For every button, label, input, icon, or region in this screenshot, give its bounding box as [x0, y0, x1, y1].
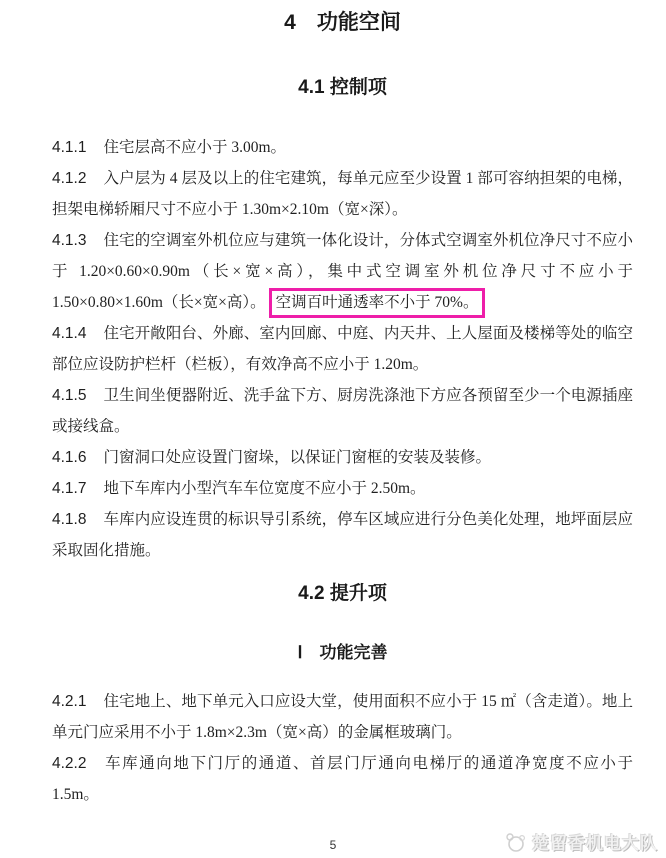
mascot-icon [502, 831, 528, 853]
clause-text: 住宅开敞阳台、外廊、室内回廊、中庭、内天井、上人屋面及楼梯等处的临空部位应设防护… [52, 325, 633, 373]
clause-4-1-2: 4.1.2入户层为 4 层及以上的住宅建筑，每单元应至少设置 1 部可容纳担架的… [52, 163, 633, 225]
clause-4-1-3: 4.1.3住宅的空调室外机位应与建筑一体化设计，分体式空调室外机位净尺寸不应小于… [52, 225, 633, 318]
clause-4-1-8: 4.1.8车库内应设连贯的标识导引系统，停车区域应进行分色美化处理，地坪面层应采… [52, 504, 633, 566]
watermark: 楚留香机电大队 [502, 829, 658, 854]
clause-text: 车库内应设连贯的标识导引系统，停车区域应进行分色美化处理，地坪面层应采取固化措施… [52, 511, 633, 559]
clause-number: 4.2.1 [52, 693, 86, 710]
clause-text: 入户层为 4 层及以上的住宅建筑，每单元应至少设置 1 部可容纳担架的电梯，担架… [52, 170, 633, 218]
clause-text: 住宅层高不应小于 3.00m。 [103, 139, 286, 156]
clause-text: 车库通向地下门厅的通道、首层门厅通向电梯厅的通道净宽度不应小于 1.5m。 [52, 755, 633, 803]
clause-number: 4.1.4 [52, 325, 86, 342]
clause-number: 4.1.8 [52, 511, 86, 528]
clause-text: 住宅地上、地下单元入口应设大堂，使用面积不应小于 15 ㎡（含走道）。地上单元门… [52, 693, 633, 741]
clause-number: 4.1.1 [52, 139, 86, 156]
clause-number: 4.1.2 [52, 170, 86, 187]
clause-text: 门窗洞口处应设置门窗垛，以保证门窗框的安装及装修。 [103, 449, 491, 466]
improvement-items-list: 4.2.1住宅地上、地下单元入口应设大堂，使用面积不应小于 15 ㎡（含走道）。… [52, 686, 633, 810]
clause-4-2-2: 4.2.2车库通向地下门厅的通道、首层门厅通向电梯厅的通道净宽度不应小于 1.5… [52, 748, 633, 810]
clause-4-1-1: 4.1.1住宅层高不应小于 3.00m。 [52, 132, 633, 163]
clause-number: 4.1.6 [52, 449, 86, 466]
clause-number: 4.1.7 [52, 480, 86, 497]
clause-4-2-1: 4.2.1住宅地上、地下单元入口应设大堂，使用面积不应小于 15 ㎡（含走道）。… [52, 686, 633, 748]
clause-text: 地下车库内小型汽车车位宽度不应小于 2.50m。 [103, 480, 425, 497]
highlighted-annotation-box: 空调百叶通透率不小于 70%。 [269, 288, 486, 318]
clause-number: 4.1.5 [52, 387, 86, 404]
subsection-title-functional-completeness: Ⅰ 功能完善 [52, 642, 633, 664]
section-title-control-items: 4.1 控制项 [52, 76, 633, 100]
section-title-improvement-items: 4.2 提升项 [52, 582, 633, 606]
clause-4-1-5: 4.1.5卫生间坐便器附近、洗手盆下方、厨房洗涤池下方应各预留至少一个电源插座或… [52, 380, 633, 442]
watermark-text: 楚留香机电大队 [532, 829, 658, 854]
document-page: 4 功能空间 4.1 控制项 4.1.1住宅层高不应小于 3.00m。 4.1.… [0, 0, 666, 858]
clause-4-1-4: 4.1.4住宅开敞阳台、外廊、室内回廊、中庭、内天井、上人屋面及楼梯等处的临空部… [52, 318, 633, 380]
control-items-list: 4.1.1住宅层高不应小于 3.00m。 4.1.2入户层为 4 层及以上的住宅… [52, 132, 633, 566]
clause-4-1-6: 4.1.6门窗洞口处应设置门窗垛，以保证门窗框的安装及装修。 [52, 442, 633, 473]
clause-number: 4.1.3 [52, 232, 86, 249]
chapter-title: 4 功能空间 [52, 10, 633, 36]
clause-text: 卫生间坐便器附近、洗手盆下方、厨房洗涤池下方应各预留至少一个电源插座或接线盒。 [52, 387, 633, 435]
clause-4-1-7: 4.1.7地下车库内小型汽车车位宽度不应小于 2.50m。 [52, 473, 633, 504]
clause-number: 4.2.2 [52, 755, 86, 772]
